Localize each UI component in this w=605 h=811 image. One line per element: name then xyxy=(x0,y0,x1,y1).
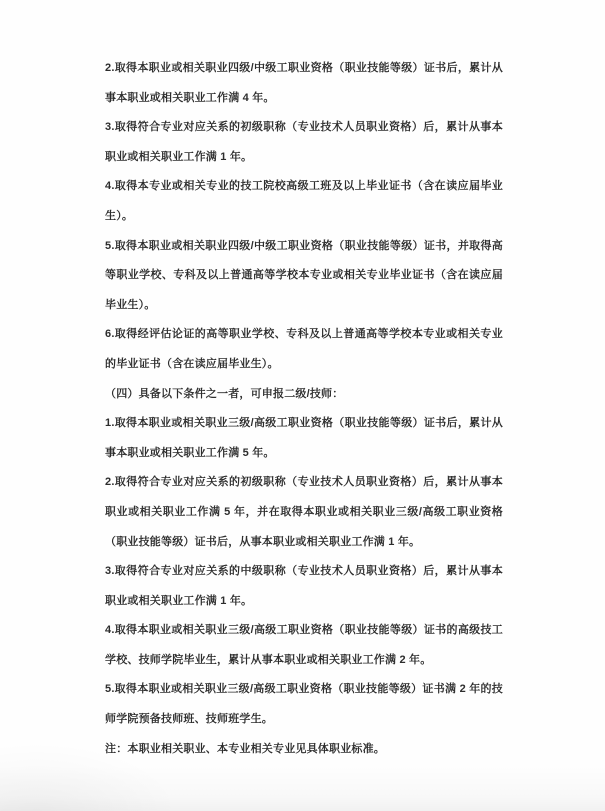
condition-item-level2-5: 5.取得本职业或相关职业三级/高级工职业资格（职业技能等级）证书满 2 年的技师… xyxy=(105,675,503,734)
condition-item-level3-5: 5.取得本职业或相关职业四级/中级工职业资格（职业技能等级）证书，并取得高等职业… xyxy=(105,232,503,321)
text-block: 2.取得本职业或相关职业四级/中级工职业资格（职业技能等级）证书后，累计从事本职… xyxy=(105,54,503,764)
condition-item-level3-3: 3.取得符合专业对应关系的初级职称（专业技术人员职业资格）后，累计从事本职业或相… xyxy=(105,113,503,172)
document-page: 2.取得本职业或相关职业四级/中级工职业资格（职业技能等级）证书后，累计从事本职… xyxy=(0,0,605,811)
condition-item-level3-6: 6.取得经评估论证的高等职业学校、专科及以上普通高等学校本专业或相关专业的毕业证… xyxy=(105,320,503,379)
condition-item-level2-4: 4.取得本职业或相关职业三级/高级工职业资格（职业技能等级）证书的高级技工学校、… xyxy=(105,616,503,675)
scanned-document: { "page": { "background_color": "#fefefe… xyxy=(0,0,605,811)
condition-item-level3-2: 2.取得本职业或相关职业四级/中级工职业资格（职业技能等级）证书后，累计从事本职… xyxy=(105,54,503,113)
scan-shadow-bottom xyxy=(0,765,605,811)
condition-item-level2-3: 3.取得符合专业对应关系的中级职称（专业技术人员职业资格）后，累计从事本职业或相… xyxy=(105,557,503,616)
note-paragraph: 注：本职业相关职业、本专业相关专业见具体职业标准。 xyxy=(105,735,503,765)
condition-item-level2-2: 2.取得符合专业对应关系的初级职称（专业技术人员职业资格）后，累计从事本职业或相… xyxy=(105,468,503,557)
condition-item-level3-4: 4.取得本专业或相关专业的技工院校高级工班及以上毕业证书（含在读应届毕业生）。 xyxy=(105,172,503,231)
condition-item-level2-1: 1.取得本职业或相关职业三级/高级工职业资格（职业技能等级）证书后，累计从事本职… xyxy=(105,409,503,468)
section-heading-level2: （四）具备以下条件之一者，可申报二级/技师： xyxy=(105,380,503,410)
